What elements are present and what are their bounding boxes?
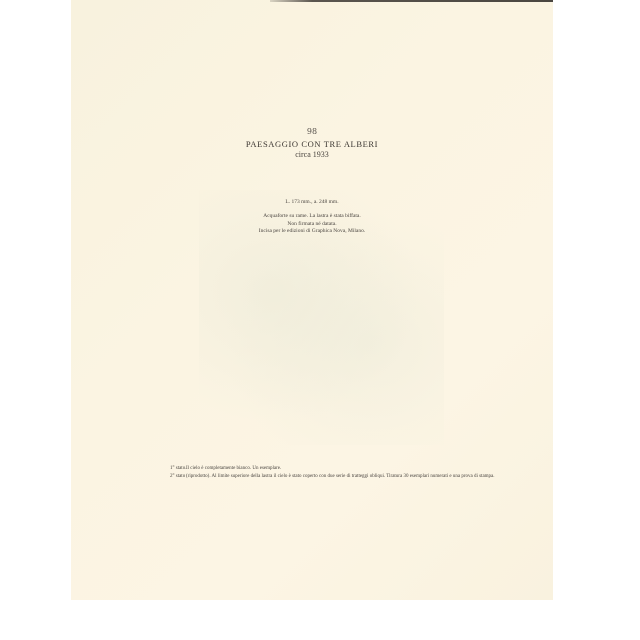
plate-details: L. 173 mm., a. 248 mm. Acquaforte su ram… bbox=[71, 198, 553, 236]
page-top-edge-shadow bbox=[270, 0, 553, 2]
state-text: (riprodotto). Al limite superiore della … bbox=[186, 473, 510, 480]
state-label: 1° stato. bbox=[170, 465, 186, 472]
technique-line: Acquaforte su rame. La lastra è stata bi… bbox=[71, 213, 553, 221]
state-text: Il cielo è completamente bianco. Un esem… bbox=[186, 465, 510, 472]
publisher-line: Incisa per le edizioni di Graphica Nova,… bbox=[71, 228, 553, 236]
plate-date: circa 1933 bbox=[71, 150, 553, 160]
state-note: 2° stato (riprodotto). Al limite superio… bbox=[170, 473, 510, 480]
state-label: 2° stato bbox=[170, 473, 186, 480]
signature-line: Non firmata né datata. bbox=[71, 221, 553, 229]
state-note: 1° stato. Il cielo è completamente bianc… bbox=[170, 465, 510, 472]
plate-header: 98 PAESAGGIO CON TRE ALBERI circa 1933 bbox=[71, 126, 553, 160]
plate-title: PAESAGGIO CON TRE ALBERI bbox=[71, 138, 553, 150]
catalog-page: 98 PAESAGGIO CON TRE ALBERI circa 1933 L… bbox=[71, 0, 553, 600]
plate-number: 98 bbox=[71, 126, 553, 137]
states-notes: 1° stato. Il cielo è completamente bianc… bbox=[170, 465, 510, 481]
plate-dimensions: L. 173 mm., a. 248 mm. bbox=[71, 198, 553, 206]
